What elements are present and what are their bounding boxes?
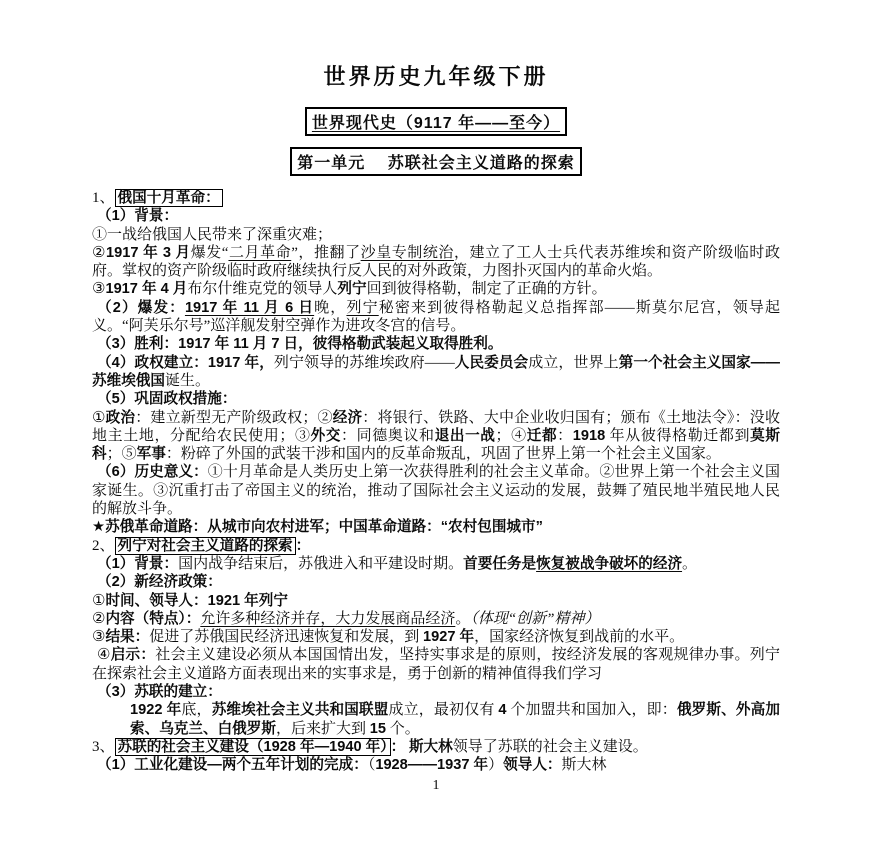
item-2-heading: 2、列宁对社会主义道路的探索： (92, 537, 780, 555)
text-run: 成立，世界上 (528, 355, 619, 371)
text-run: （2）新经济政策： (97, 574, 222, 590)
text-run: 1918 (573, 428, 605, 444)
text-run: ） (488, 757, 503, 773)
text-run: 军事 (137, 446, 166, 462)
regime-paragraph: （4）政权建立：1917 年，列宁领导的苏维埃政府——人民委员会成立，世界上第一… (92, 354, 780, 391)
text-run: 15 (370, 721, 386, 737)
text-run: ： (296, 538, 311, 554)
text-run: 成立，最初仅有 (389, 702, 499, 718)
text-run: （体现“创新”精神） (470, 611, 599, 627)
text-run: 领导了苏联的社会主义建设。 (453, 739, 648, 755)
heading-row-1: 世界现代史（9117 年——至今） (92, 107, 780, 136)
text-run: 国内战争结束后，苏俄进入和平建设时期。 (178, 556, 463, 572)
text-run: ：同德奥议和 (341, 428, 435, 444)
background-point-3: ③1917 年 4 月布尔什维克党的领导人列宁回到彼得格勒，制定了正确的方针。 (92, 280, 780, 298)
significance-paragraph: （6）历史意义：①十月革命是人类历史上第一次获得胜利的社会主义革命。②世界上第一… (92, 463, 780, 518)
text-run: （3）苏联的建立： (97, 684, 222, 700)
text-run: 列宁 (346, 300, 378, 316)
text-run: 时间、领导人：1921 年列宁 (105, 593, 287, 609)
text-run: （5）巩固政权措施： (97, 391, 236, 407)
background-point-2: ②1917 年 3 月爆发“二月革命”，推翻了沙皇专制统治，建立了工人士兵代表苏… (92, 244, 780, 281)
text-run: 首要任务是 (463, 556, 536, 572)
boxed-heading-modern-history: 世界现代史（9117 年——至今） (305, 107, 567, 136)
text-run: ★苏俄革命道路：从城市向农村进军；中国革命道路：“农村包围城市” (92, 519, 543, 535)
text-run: 经济 (333, 410, 363, 426)
text-run: （4）政权建立：1917 年， (97, 355, 274, 371)
text-run: 。 (455, 611, 470, 627)
text-run: 个。 (386, 721, 420, 737)
text-run: ；⑤ (107, 446, 137, 462)
text-run: （6）历史意义： (97, 464, 208, 480)
text-run: 列宁领导的苏维埃政府—— (274, 355, 455, 371)
text-run: （2）爆发： (97, 300, 185, 316)
item-3-heading: 3、苏联的社会主义建设（1928 年—1940 年）： 斯大林领导了苏联的社会主… (92, 738, 780, 756)
text-run: ① (92, 593, 105, 609)
text-run: 斯大林 (409, 739, 453, 755)
text-run: ，后来扩大到 (276, 721, 370, 737)
text-run: ：粉碎了外国的武装干涉和国内的反革命叛乱，巩固了世界上第一个社会主义国家。 (166, 446, 721, 462)
text-run: 1917 年 4 月 (105, 281, 187, 297)
text-run: 促进了苏俄国民经济迅速恢复和发展，到 (149, 629, 423, 645)
text-run: 外交 (311, 428, 341, 444)
text-run: （1）背景： (97, 556, 178, 572)
star-note: ★苏俄革命道路：从城市向农村进军；中国革命道路：“农村包围城市” (92, 518, 780, 536)
text-run: 结果： (105, 629, 149, 645)
text-run: 斯大林 (562, 757, 607, 773)
victory-paragraph: （3）胜利：1917 年 11 月 7 日，彼得格勒武装起义取得胜利。 (92, 335, 780, 353)
text-run: 底， (181, 702, 211, 718)
page-title: 世界历史九年级下册 (92, 60, 780, 91)
text-run: ： (557, 428, 573, 444)
boxed-keyword: 苏联的社会主义建设（1928 年—1940 年） (115, 738, 391, 756)
text-run: （1）工业化建设—两个五年计划的完成： (97, 757, 368, 773)
boxed-keyword: 列宁对社会主义道路的探索 (115, 537, 296, 555)
text-run: （1）背景： (97, 208, 178, 224)
text-run: （3）胜利：1917 年 11 月 7 日，彼得格勒武装起义取得胜利。 (97, 336, 502, 352)
text-run: 1、 (92, 190, 115, 206)
text-run: ① (92, 410, 106, 426)
background-point-1: ①一战给俄国人民带来了深重灾难； (92, 226, 780, 244)
text-run: 苏维埃社会主义共和国联盟 (212, 702, 389, 718)
boxed-heading-unit-1: 第一单元 苏联社会主义道路的探索 (290, 147, 581, 176)
text-run: 领导人： (503, 757, 561, 773)
consolidation-measures: ①政治：建立新型无产阶级政权；②经济：将银行、铁路、大中企业收归国有；颁布《土地… (92, 409, 780, 464)
text-run: 年从彼得格勒迁都到 (605, 428, 750, 444)
text-run: 1922 年 (130, 702, 181, 718)
text-run: ③ (92, 629, 105, 645)
text-run: ： (391, 739, 406, 755)
ussr-founding-detail: 1922 年底，苏维埃社会主义共和国联盟成立，最初仅有 4 个加盟共和国加入，即… (92, 701, 780, 738)
heading-row-2: 第一单元 苏联社会主义道路的探索 (92, 147, 780, 176)
text-run: 列宁 (337, 281, 366, 297)
nep-result: ③结果：促进了苏俄国民经济迅速恢复和发展，到 1927 年，国家经济恢复到战前的… (92, 628, 780, 646)
document-body: 1、俄国十月革命：（1）背景：①一战给俄国人民带来了深重灾难；②1917 年 3… (92, 189, 780, 775)
text-run: ；④ (496, 428, 527, 444)
text-run: 1928——1937 年 (375, 757, 488, 773)
text-run: 个加盟共和国加入，即： (507, 702, 677, 718)
text-run: 回到彼得格勒，制定了正确的方针。 (367, 281, 607, 297)
text-run: 人民委员会 (455, 355, 528, 371)
text-run: 3、 (92, 739, 115, 755)
text-run: 政治 (106, 410, 136, 426)
page-number: 1 (92, 778, 780, 794)
text-run: ② (92, 611, 105, 627)
text-run: 启示： (111, 647, 156, 663)
text-run: ④ (97, 647, 111, 663)
nep-content: ②内容（特点）：允许多种经济并存，大力发展商品经济。（体现“创新”精神） (92, 610, 780, 628)
text-run: 诞生。 (165, 373, 210, 389)
text-run: 4 (498, 702, 506, 718)
nep-inspiration: ④启示：社会主义建设必须从本国国情出发，坚持实事求是的原则，按经济发展的客观规律… (92, 646, 780, 683)
background-label: （1）背景： (92, 207, 780, 225)
text-run: ，国家经济恢复到战前的水平。 (474, 629, 684, 645)
text-run: ② (92, 245, 106, 261)
text-run: 1927 年 (423, 629, 474, 645)
text-run: 允许多种经济并存，大力发展商品经济 (200, 611, 455, 627)
text-run: 迁都 (527, 428, 557, 444)
outbreak-paragraph: （2）爆发：1917 年 11 月 6 日晚，列宁秘密来到彼得格勒起义总指挥部—… (92, 299, 780, 336)
document-page: 世界历史九年级下册 世界现代史（9117 年——至今） 第一单元 苏联社会主义道… (0, 0, 870, 842)
nep-time-leader: ①时间、领导人：1921 年列宁 (92, 592, 780, 610)
boxed-keyword: 俄国十月革命： (115, 189, 223, 207)
text-run: 晚， (314, 300, 346, 316)
text-run: 。 (682, 556, 697, 572)
text-run: 2、 (92, 538, 115, 554)
text-run: ③ (92, 281, 105, 297)
nep-label: （2）新经济政策： (92, 573, 780, 591)
text-run: 恢复被战争破坏的经济 (536, 556, 682, 572)
ussr-founding-label: （3）苏联的建立： (92, 683, 780, 701)
industrialization-paragraph: （1）工业化建设—两个五年计划的完成：（1928——1937 年）领导人：斯大林 (92, 756, 780, 774)
item-1-heading: 1、俄国十月革命： (92, 189, 780, 207)
text-run: ①一战给俄国人民带来了深重灾难； (92, 227, 332, 243)
text-run: 沙皇专制统治 (361, 245, 454, 261)
text-run: 1917 年 3 月 (106, 245, 191, 261)
text-run: 爆发“ (191, 245, 229, 261)
text-run: 内容（特点）： (105, 611, 200, 627)
nep-background: （1）背景：国内战争结束后，苏俄进入和平建设时期。首要任务是恢复被战争破坏的经济… (92, 555, 780, 573)
text-run: 二月革命 (228, 245, 291, 261)
text-run: 社会主义建设必须从本国国情出发，坚持实事求是的原则，按经济发展的客观规律办事。列… (92, 647, 780, 681)
text-run: 布尔什维克党的领导人 (187, 281, 337, 297)
text-run: ：建立新型无产阶级政权；② (135, 410, 333, 426)
text-run: 退出一战 (435, 428, 496, 444)
consolidation-label: （5）巩固政权措施： (92, 390, 780, 408)
text-run: 1917 年 11 月 6 日 (185, 300, 314, 316)
text-run: ”，推翻了 (291, 245, 360, 261)
